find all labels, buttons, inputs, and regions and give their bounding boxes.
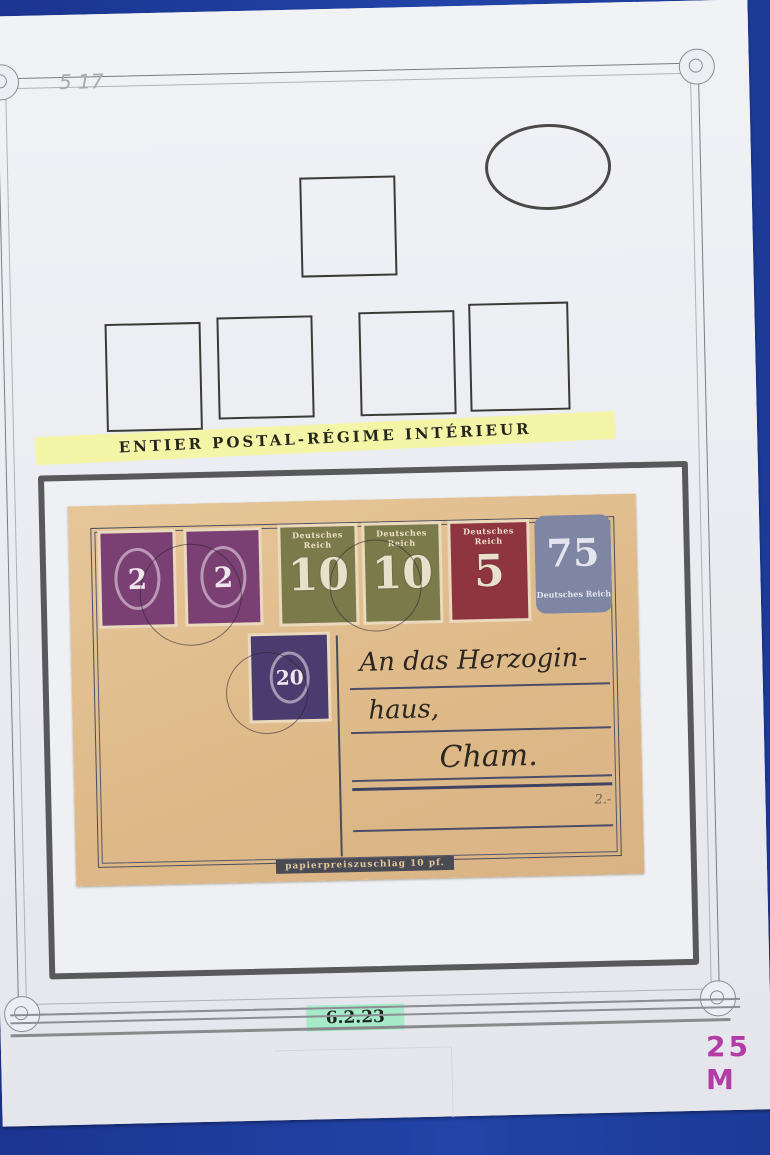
- empty-stamp-space: [358, 310, 456, 416]
- imprinted-indicium: 75 Deutsches Reich: [534, 514, 612, 614]
- empty-stamp-space: [299, 175, 397, 277]
- corner-note: 2.-: [594, 792, 611, 807]
- pencil-note: 5 17: [59, 69, 104, 94]
- postal-stationery-card: 75 Deutsches Reich 2 2 Deutsches Reich 1…: [68, 494, 644, 887]
- stamp-5-pfennig: Deutsches Reich 5: [450, 522, 528, 620]
- address-line-3: Cham.: [439, 738, 538, 775]
- card-footer-imprint: papierpreiszuschlag 10 pf.: [276, 856, 454, 874]
- empty-stamp-space: [468, 302, 570, 412]
- paper-slip: [275, 1046, 454, 1121]
- address-line-1: An das Herzogin-: [359, 643, 587, 678]
- address-line-2: haus,: [368, 694, 439, 726]
- empty-stamp-space: [105, 322, 203, 432]
- empty-stamp-space: [216, 315, 314, 419]
- price-mark: 25 M: [706, 1030, 770, 1096]
